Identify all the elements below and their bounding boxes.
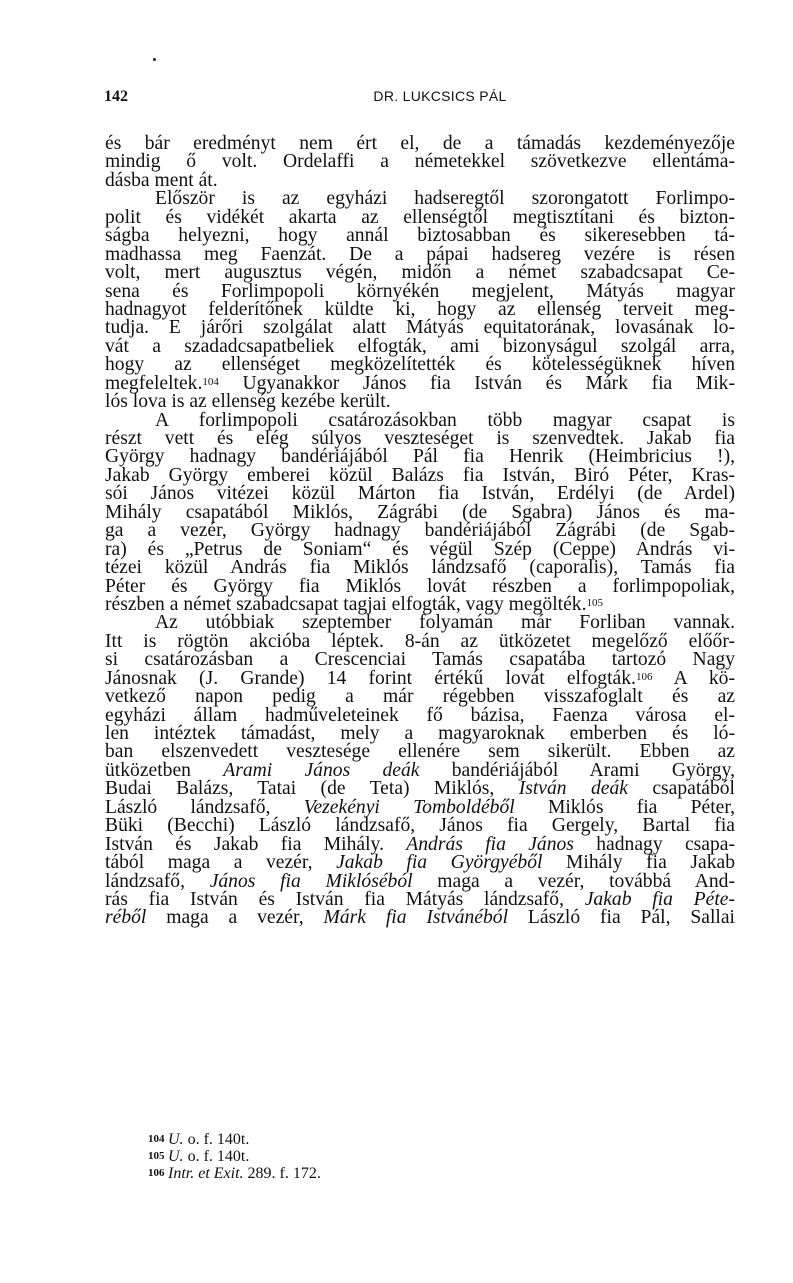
footnote-ref: o. f. 140t. bbox=[184, 1131, 250, 1148]
footnote-source: U. bbox=[168, 1131, 184, 1148]
text-line: réből maga a vezér, Márk fia Istvánéból … bbox=[105, 909, 735, 927]
footnote-number: 104 bbox=[148, 1131, 168, 1148]
footnote-number: 105 bbox=[148, 1148, 168, 1165]
italic-name: réből bbox=[105, 907, 146, 928]
footnote-marker[interactable]: 106 bbox=[636, 671, 653, 683]
footnote-106: 106Intr. et Exit. 289. f. 172. bbox=[148, 1165, 321, 1182]
footnote-105: 105U. o. f. 140t. bbox=[148, 1148, 321, 1165]
footnote-source: U. bbox=[168, 1148, 184, 1165]
footnote-marker[interactable]: 104 bbox=[202, 376, 219, 388]
text-line: tából maga a vezér, Jakab fia Györgyéből… bbox=[105, 854, 735, 872]
footnote-ref: o. f. 140t. bbox=[184, 1148, 250, 1165]
footnotes: 104U. o. f. 140t.105U. o. f. 140t.106Int… bbox=[148, 1131, 321, 1182]
footnote-104: 104U. o. f. 140t. bbox=[148, 1131, 321, 1148]
footnote-marker[interactable]: 105 bbox=[586, 597, 603, 609]
body-text: és bár eredményt nem ért el, de a támadá… bbox=[105, 135, 735, 928]
footnote-source: Intr. et Exit. bbox=[168, 1165, 244, 1182]
italic-name: Márk fia Istvánéból bbox=[324, 907, 509, 928]
footnote-number: 106 bbox=[148, 1165, 168, 1182]
footnote-ref: 289. f. 172. bbox=[244, 1165, 321, 1182]
running-title: DR. LUKCSICS PÁL bbox=[0, 88, 793, 104]
print-speck bbox=[153, 58, 156, 61]
